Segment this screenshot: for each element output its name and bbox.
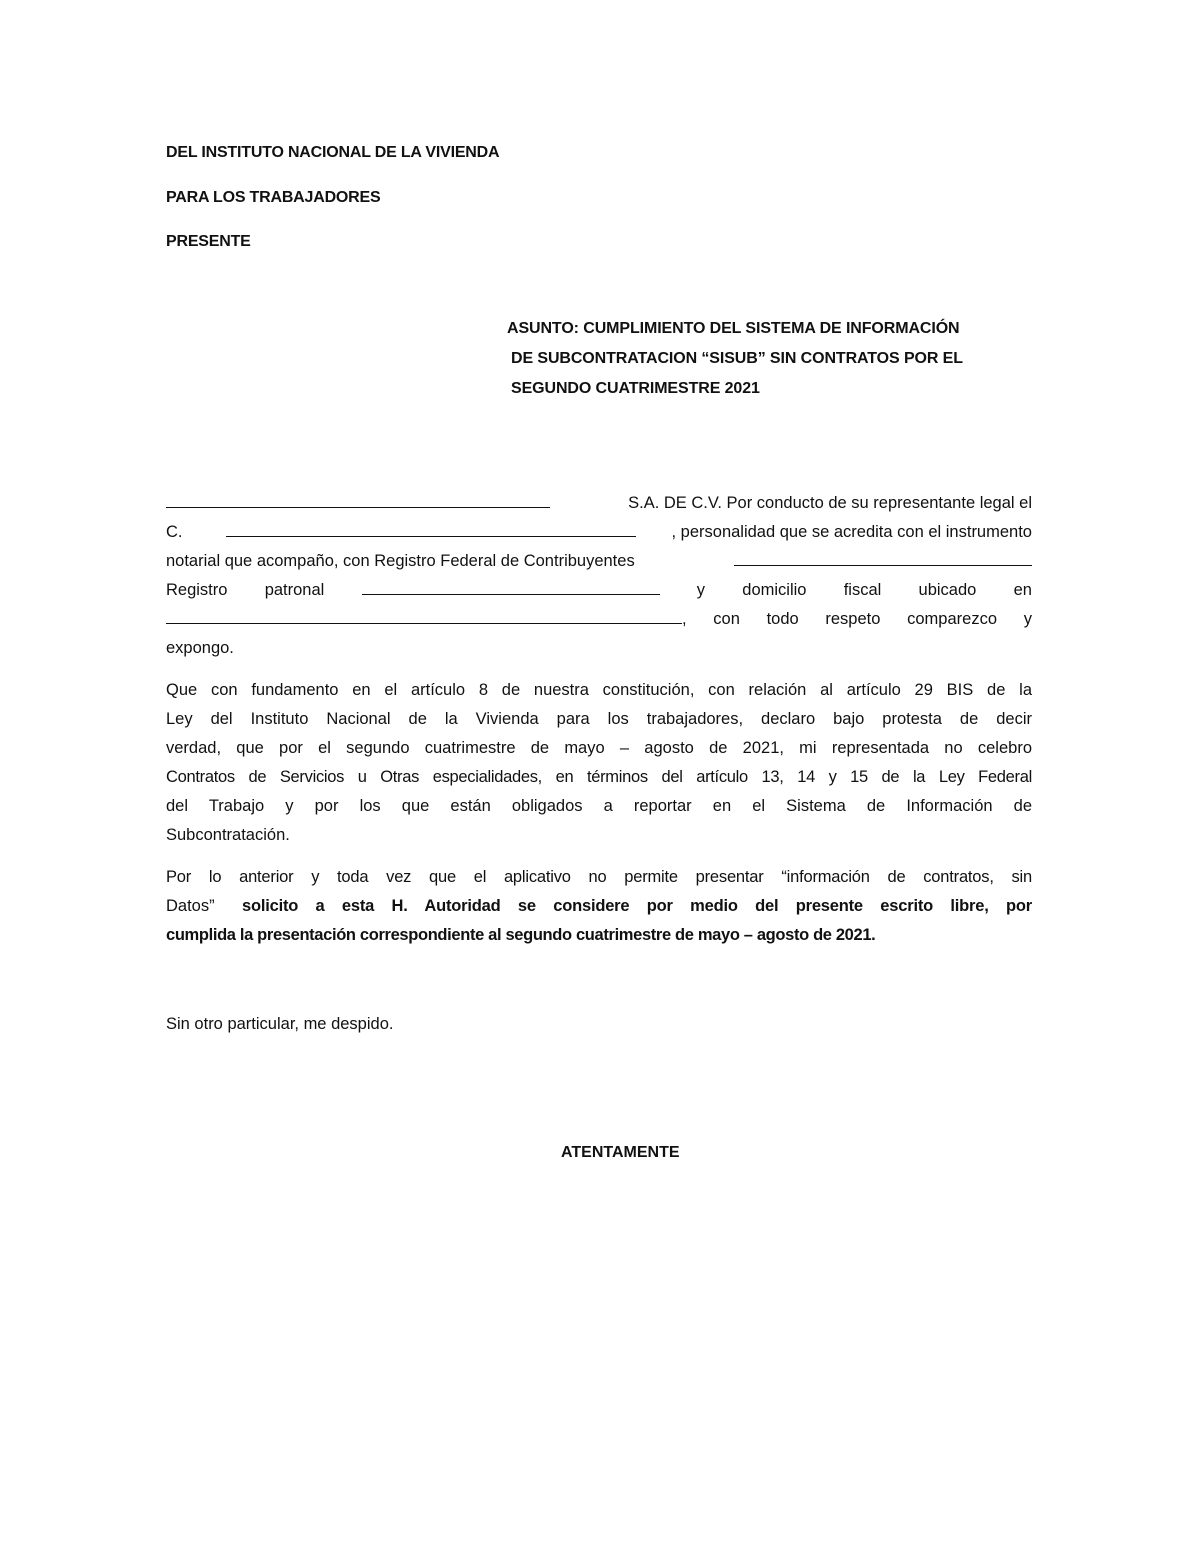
subject-line-2: DE SUBCONTRATACION “SISUB” SIN CONTRATOS… [511, 350, 963, 368]
paragraph1-line-4: Contratos de Servicios u Otras especiali… [166, 763, 1032, 792]
intro-line-3: notarial que acompaño, con Registro Fede… [166, 547, 1032, 576]
fiscal-address-blank[interactable] [166, 609, 682, 624]
intro-text: , [682, 605, 687, 634]
intro-text: en [1014, 576, 1032, 605]
document-page: DEL INSTITUTO NACIONAL DE LA VIVIENDA PA… [0, 0, 1200, 1553]
paragraph-text: del Trabajo y por los que están obligado… [166, 792, 1032, 821]
subject-line-3: SEGUNDO CUATRIMESTRE 2021 [511, 380, 760, 398]
addressee-line-3: PRESENTE [166, 233, 251, 251]
intro-text: S.A. DE C.V. Por conducto de su represen… [628, 489, 1032, 518]
closing-line: Sin otro particular, me despido. [166, 1010, 1032, 1039]
intro-text: , personalidad que se acredita con el in… [672, 518, 1032, 547]
intro-text: ubicado [919, 576, 977, 605]
paragraph2-line-1: Por lo anterior y toda vez que el aplica… [166, 863, 1032, 892]
paragraph-bold-text: cumplida la presentación correspondiente… [166, 921, 875, 950]
paragraph1-line-2: Ley del Instituto Nacional de la Viviend… [166, 705, 1032, 734]
intro-text: patronal [265, 576, 325, 605]
paragraph2-line-3: cumplida la presentación correspondiente… [166, 921, 1032, 950]
registro-patronal-blank[interactable] [362, 580, 660, 595]
intro-text: notarial que acompaño, con Registro Fede… [166, 547, 635, 576]
paragraph1-line-6: Subcontratación. [166, 821, 1032, 850]
intro-text: y [697, 576, 705, 605]
intro-text: Registro [166, 576, 227, 605]
intro-text: comparezco [907, 605, 997, 634]
intro-line-2: C. , personalidad que se acredita con el… [166, 518, 1032, 547]
legal-representative-blank[interactable] [226, 522, 636, 537]
intro-text: expongo. [166, 634, 234, 663]
intro-line-1: S.A. DE C.V. Por conducto de su represen… [166, 489, 1032, 518]
paragraph1-line-3: verdad, que por el segundo cuatrimestre … [166, 734, 1032, 763]
intro-text: y [1024, 605, 1032, 634]
company-name-blank[interactable] [166, 493, 550, 508]
paragraph-text: Subcontratación. [166, 821, 290, 850]
intro-text: C. [166, 518, 183, 547]
paragraph-text: Contratos de Servicios u Otras especiali… [166, 763, 1032, 792]
intro-text: todo [767, 605, 799, 634]
signature-label: ATENTAMENTE [561, 1144, 680, 1162]
paragraph-text: Ley del Instituto Nacional de la Viviend… [166, 705, 1032, 734]
paragraph-bold-text: solicito a esta H. Autoridad se consider… [242, 892, 1032, 921]
intro-text: fiscal [844, 576, 882, 605]
intro-line-4: Registro patronal y domicilio fiscal ubi… [166, 576, 1032, 605]
addressee-line-1: DEL INSTITUTO NACIONAL DE LA VIVIENDA [166, 144, 499, 162]
addressee-line-2: PARA LOS TRABAJADORES [166, 189, 380, 207]
paragraph1-line-1: Que con fundamento en el artículo 8 de n… [166, 676, 1032, 705]
intro-text: con [713, 605, 740, 634]
intro-line-5: , con todo respeto comparezco y [166, 605, 1032, 634]
intro-text: respeto [825, 605, 880, 634]
rfc-blank[interactable] [734, 551, 1032, 566]
intro-line-6: expongo. [166, 634, 1032, 663]
intro-text: domicilio [742, 576, 806, 605]
paragraph-text: verdad, que por el segundo cuatrimestre … [166, 734, 1032, 763]
paragraph-text: Datos” [166, 892, 215, 921]
paragraph-text: Que con fundamento en el artículo 8 de n… [166, 676, 1032, 705]
paragraph1-line-5: del Trabajo y por los que están obligado… [166, 792, 1032, 821]
subject-line-1: ASUNTO: CUMPLIMIENTO DEL SISTEMA DE INFO… [507, 320, 960, 338]
paragraph-text: Por lo anterior y toda vez que el aplica… [166, 863, 1032, 892]
paragraph2-line-2: Datos” solicito a esta H. Autoridad se c… [166, 892, 1032, 921]
closing-text: Sin otro particular, me despido. [166, 1010, 393, 1039]
